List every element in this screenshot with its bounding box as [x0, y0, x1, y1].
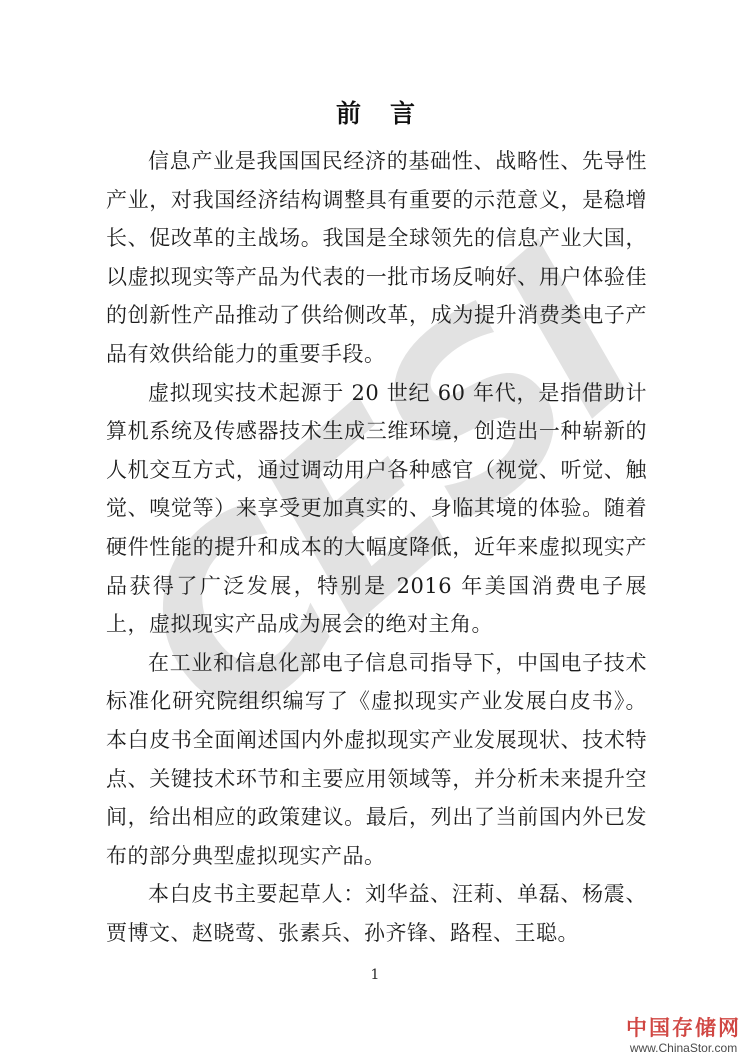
- chinastor-logo-text: 中国存储网: [626, 1018, 741, 1039]
- chinastor-watermark: 中国存储网 www.ChinaStor.com: [626, 1018, 741, 1054]
- document-page: CESI 前 言 信息产业是我国国民经济的基础性、战略性、先导性产业，对我国经济…: [0, 0, 750, 1060]
- paragraph: 虚拟现实技术起源于 20 世纪 60 年代，是指借助计算机系统及传感器技术生成三…: [106, 374, 647, 644]
- page-number: 1: [0, 966, 750, 984]
- chinastor-url: www.ChinaStor.com: [626, 1042, 741, 1054]
- page-title: 前 言: [106, 98, 647, 131]
- paragraph: 信息产业是我国国民经济的基础性、战略性、先导性产业，对我国经济结构调整具有重要的…: [106, 142, 647, 374]
- paragraph: 本白皮书主要起草人：刘华益、汪莉、单磊、杨震、贾博文、赵晓莺、张素兵、孙齐锋、路…: [106, 875, 647, 952]
- document-content: 前 言 信息产业是我国国民经济的基础性、战略性、先导性产业，对我国经济结构调整具…: [106, 98, 647, 952]
- paragraph: 在工业和信息化部电子信息司指导下，中国电子技术标准化研究院组织编写了《虚拟现实产…: [106, 644, 647, 876]
